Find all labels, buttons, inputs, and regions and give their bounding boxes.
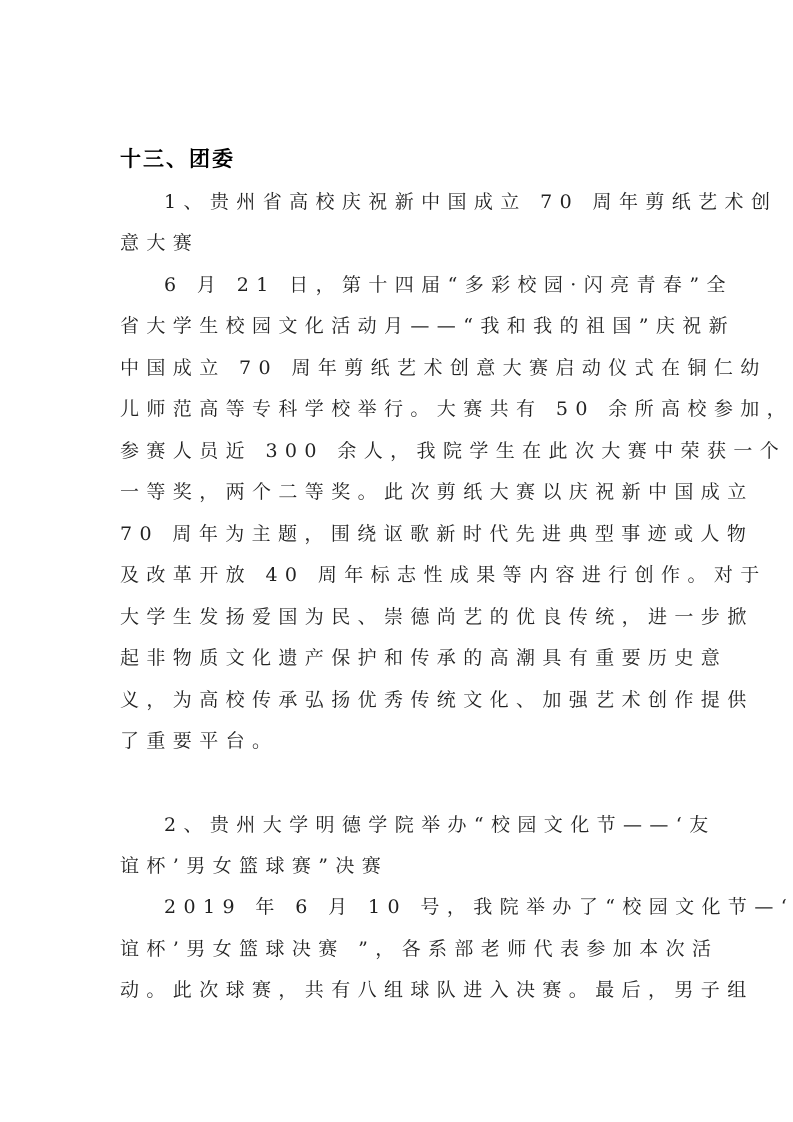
item1-body-line-5: 参赛人员近 300 余人，我院学生在此次大赛中荣获一个 <box>120 439 672 463</box>
item1-body-line-6: 一等奖，两个二等奖。此次剪纸大赛以庆祝新中国成立 <box>120 480 672 504</box>
item1-title-line-1: 1、贵州省高校庆祝新中国成立 70 周年剪纸艺术创 <box>164 190 672 214</box>
item1-title-line-2: 意大赛 <box>120 231 672 255</box>
item2-body-line-3: 动。此次球赛，共有八组球队进入决赛。最后，男子组 <box>120 978 672 1002</box>
section-heading: 十三、团委 <box>120 143 235 173</box>
item2-title-line-2: 谊杯’男女篮球赛”决赛 <box>120 854 672 878</box>
item1-body-line-12: 了重要平台。 <box>120 729 672 753</box>
item1-body-line-7: 70 周年为主题，围绕讴歌新时代先进典型事迹或人物 <box>120 522 672 546</box>
item2-title-line-1: 2、贵州大学明德学院举办“校园文化节——‘友 <box>164 813 672 837</box>
item1-body-line-9: 大学生发扬爱国为民、崇德尚艺的优良传统，进一步掀 <box>120 605 672 629</box>
item1-body-line-4: 儿师范高等专科学校举行。大赛共有 50 余所高校参加， <box>120 397 672 421</box>
item1-body-line-10: 起非物质文化遗产保护和传承的高潮具有重要历史意 <box>120 646 672 670</box>
item2-body-line-2: 谊杯’男女篮球决赛 ”，各系部老师代表参加本次活 <box>120 937 672 961</box>
item1-body-line-8: 及改革开放 40 周年标志性成果等内容进行创作。对于 <box>120 563 672 587</box>
item1-body-line-2: 省大学生校园文化活动月——“我和我的祖国”庆祝新 <box>120 314 672 338</box>
item2-body-line-1: 2019 年 6 月 10 号，我院举办了“校园文化节—‘友 <box>164 895 672 919</box>
item1-body-line-1: 6 月 21 日，第十四届“多彩校园·闪亮青春”全 <box>164 273 672 297</box>
item1-body-line-11: 义，为高校传承弘扬优秀传统文化、加强艺术创作提供 <box>120 688 672 712</box>
item1-body-line-3: 中国成立 70 周年剪纸艺术创意大赛启动仪式在铜仁幼 <box>120 356 672 380</box>
